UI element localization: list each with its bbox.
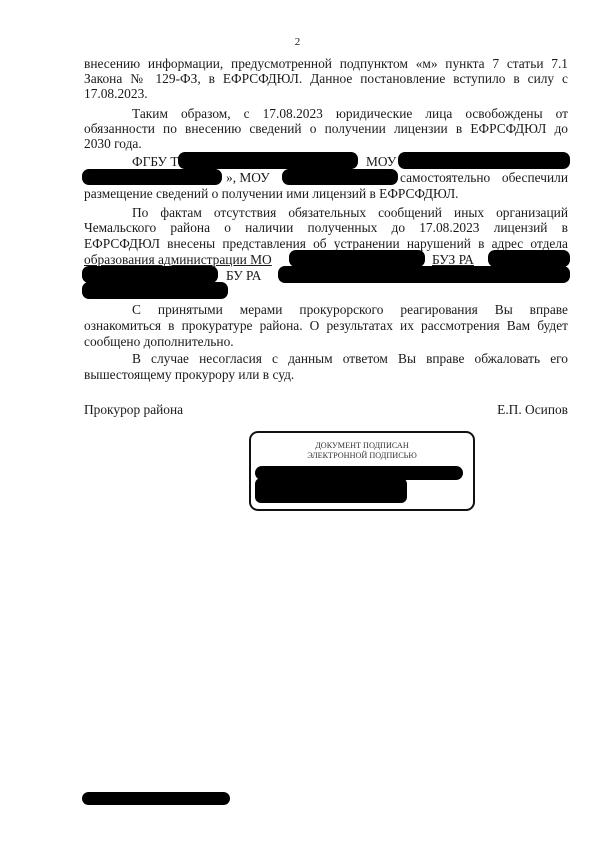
text-line: В случае несогласия с данным ответом Вы … (84, 351, 568, 366)
text-fragment: МОУ (366, 154, 396, 169)
text-fragment: БУЗ РА (432, 252, 474, 267)
signer-position: Прокурор района (84, 402, 183, 418)
page-number: 2 (0, 36, 595, 48)
redaction (488, 250, 570, 267)
redaction (82, 266, 218, 283)
text-line: размещение сведений о получении ими лице… (84, 186, 568, 201)
text-line: ЕФРСФДЮЛ внесены представления об устран… (84, 236, 568, 251)
text-line: сообщено дополнительно. (84, 334, 568, 349)
stamp-line-1: ДОКУМЕНТ ПОДПИСАН (251, 441, 473, 451)
text-line: 2030 года. (84, 136, 568, 151)
footer-redaction (82, 792, 230, 805)
redaction (178, 152, 358, 169)
text-line: С принятыми мерами прокурорского реагиро… (84, 302, 568, 317)
text-line: 17.08.2023. (84, 86, 568, 101)
text-line: По фактам отсутствия обязательных сообще… (84, 205, 568, 220)
text-line: Чемальского района о наличии полученных … (84, 220, 568, 235)
text-fragment: самостоятельно обеспечили (400, 170, 568, 185)
redaction (82, 282, 228, 299)
text-fragment: БУ РА (226, 268, 261, 283)
text-fragment: образования администрации МО (84, 252, 272, 267)
text-fragment: ФГБУ Т (132, 154, 179, 169)
redaction (398, 152, 570, 169)
stamp-title: ДОКУМЕНТ ПОДПИСАН ЭЛЕКТРОННОЙ ПОДПИСЬЮ (251, 441, 473, 461)
redaction (282, 169, 398, 185)
text-line: вышестоящему прокурору или в суд. (84, 367, 568, 382)
text-line: Закона № 129-ФЗ, в ЕФРСФДЮЛ. Данное пост… (84, 71, 568, 86)
redaction (82, 169, 222, 185)
redaction (278, 266, 570, 283)
stamp-line-2: ЭЛЕКТРОННОЙ ПОДПИСЬЮ (251, 451, 473, 461)
text-line: внесению информации, предусмотренной под… (84, 56, 568, 71)
redaction (289, 250, 425, 267)
text-line: обязанности по внесению сведений о получ… (84, 121, 568, 136)
redaction (255, 478, 407, 503)
text-line: ознакомиться в прокуратуре района. О рез… (84, 318, 568, 333)
signer-name: Е.П. Осипов (497, 402, 568, 418)
text-fragment: », МОУ (226, 170, 270, 185)
text-line: Таким образом, с 17.08.2023 юридические … (84, 106, 568, 121)
electronic-signature-stamp: ДОКУМЕНТ ПОДПИСАН ЭЛЕКТРОННОЙ ПОДПИСЬЮ (249, 431, 475, 511)
